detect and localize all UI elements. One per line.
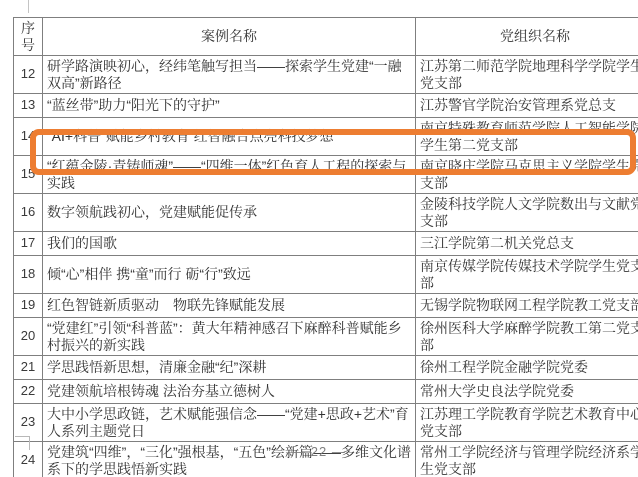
table-row: 14 “AI+科普”赋能乡村教育 红智融合点亮科技梦想 南京特殊教育师范学院人工… [14,118,638,156]
header-org-name: 党组织名称 [416,18,638,56]
row-number: 18 [14,256,43,294]
case-name: 学思践悟新思想，清廉金融“纪”深耕 [43,356,416,380]
case-name: 红色智链新质驱动 物联先锋赋能发展 [43,294,416,318]
table-row: 23 大中小学思政链，艺术赋能强信念——“党建+思政+艺术”育人系列主题党日 江… [14,404,638,442]
document-page: { "table": { "headers": { "no": "序号", "c… [0,0,638,477]
row-number: 17 [14,232,43,256]
table-row: 12 研学路演映初心，经纬笔触写担当——探索学生党建“一融双高”新路径 江苏第二… [14,56,638,94]
page-margin-crop-mark-top [28,0,29,13]
org-name: 无锡学院物联网工程学院教工党支部 [416,294,638,318]
org-name: 南京晓庄学院马克思主义学院学生党支部 [416,156,638,194]
case-name: 大中小学思政链，艺术赋能强信念——“党建+思政+艺术”育人系列主题党日 [43,404,416,442]
row-number: 20 [14,318,43,356]
case-name: 党建领航培根铸魂 法治夯基立德树人 [43,380,416,404]
row-number: 13 [14,94,43,118]
case-name: “AI+科普”赋能乡村教育 红智融合点亮科技梦想 [43,118,416,156]
table-row: 17 我们的国歌 三江学院第二机关党总支 [14,232,638,256]
org-name: 南京传媒学院传媒技术学院学生党支部 [416,256,638,294]
table-row: 16 数字领航践初心，党建赋能促传承 金陵科技学院人文学院数出与文献党支部 [14,194,638,232]
case-name: 倾“心”相伴 携“童”而行 砺“行”致远 [43,256,416,294]
table-row: 13 “蓝丝带”助力“阳光下的守护” 江苏警官学院治安管理系党总支 [14,94,638,118]
case-name: 研学路演映初心，经纬笔触写担当——探索学生党建“一融双高”新路径 [43,56,416,94]
org-name: 三江学院第二机关党总支 [416,232,638,256]
table-row-highlighted: 15 “红蕴金陵·青铸师魂”——“四维一体”红色育人工程的探索与实践 南京晓庄学… [14,156,638,194]
org-name: 徐州医科大学麻醉学院教工第二党支部 [416,318,638,356]
org-name: 常州大学史良法学院党委 [416,380,638,404]
org-name: 金陵科技学院人文学院数出与文献党支部 [416,194,638,232]
org-name: 江苏理工学院教育学院艺术教育中心党支部 [416,404,638,442]
cases-table: 序号 案例名称 党组织名称 12 研学路演映初心，经纬笔触写担当——探索学生党建… [13,17,638,477]
row-number: 15 [14,156,43,194]
row-number: 19 [14,294,43,318]
org-name: 南京特殊教育师范学院人工智能学院学生第二党支部 [416,118,638,156]
row-number: 12 [14,56,43,94]
table-header-row: 序号 案例名称 党组织名称 [14,18,638,56]
case-name: “党建红”引领“科普蓝”：黄大年精神感召下麻醉科普赋能乡村振兴的新实践 [43,318,416,356]
header-no: 序号 [14,18,43,56]
row-number: 14 [14,118,43,156]
case-name: 数字领航践初心，党建赋能促传承 [43,194,416,232]
header-case-name: 案例名称 [43,18,416,56]
case-name: 我们的国歌 [43,232,416,256]
case-name: “红蕴金陵·青铸师魂”——“四维一体”红色育人工程的探索与实践 [43,156,416,194]
page-number: — 22 — [0,444,638,459]
row-number: 16 [14,194,43,232]
table-row: 18 倾“心”相伴 携“童”而行 砺“行”致远 南京传媒学院传媒技术学院学生党支… [14,256,638,294]
row-number: 22 [14,380,43,404]
org-name: 江苏第二师范学院地理科学学院学生党支部 [416,56,638,94]
table-row: 20 “党建红”引领“科普蓝”：黄大年精神感召下麻醉科普赋能乡村振兴的新实践 徐… [14,318,638,356]
org-name: 徐州工程学院金融学院党委 [416,356,638,380]
table-row: 22 党建领航培根铸魂 法治夯基立德树人 常州大学史良法学院党委 [14,380,638,404]
row-number: 21 [14,356,43,380]
org-name: 江苏警官学院治安管理系党总支 [416,94,638,118]
table-row: 21 学思践悟新思想，清廉金融“纪”深耕 徐州工程学院金融学院党委 [14,356,638,380]
cases-table-container: 序号 案例名称 党组织名称 12 研学路演映初心，经纬笔触写担当——探索学生党建… [13,17,638,477]
table-row: 19 红色智链新质驱动 物联先锋赋能发展 无锡学院物联网工程学院教工党支部 [14,294,638,318]
case-name: “蓝丝带”助力“阳光下的守护” [43,94,416,118]
